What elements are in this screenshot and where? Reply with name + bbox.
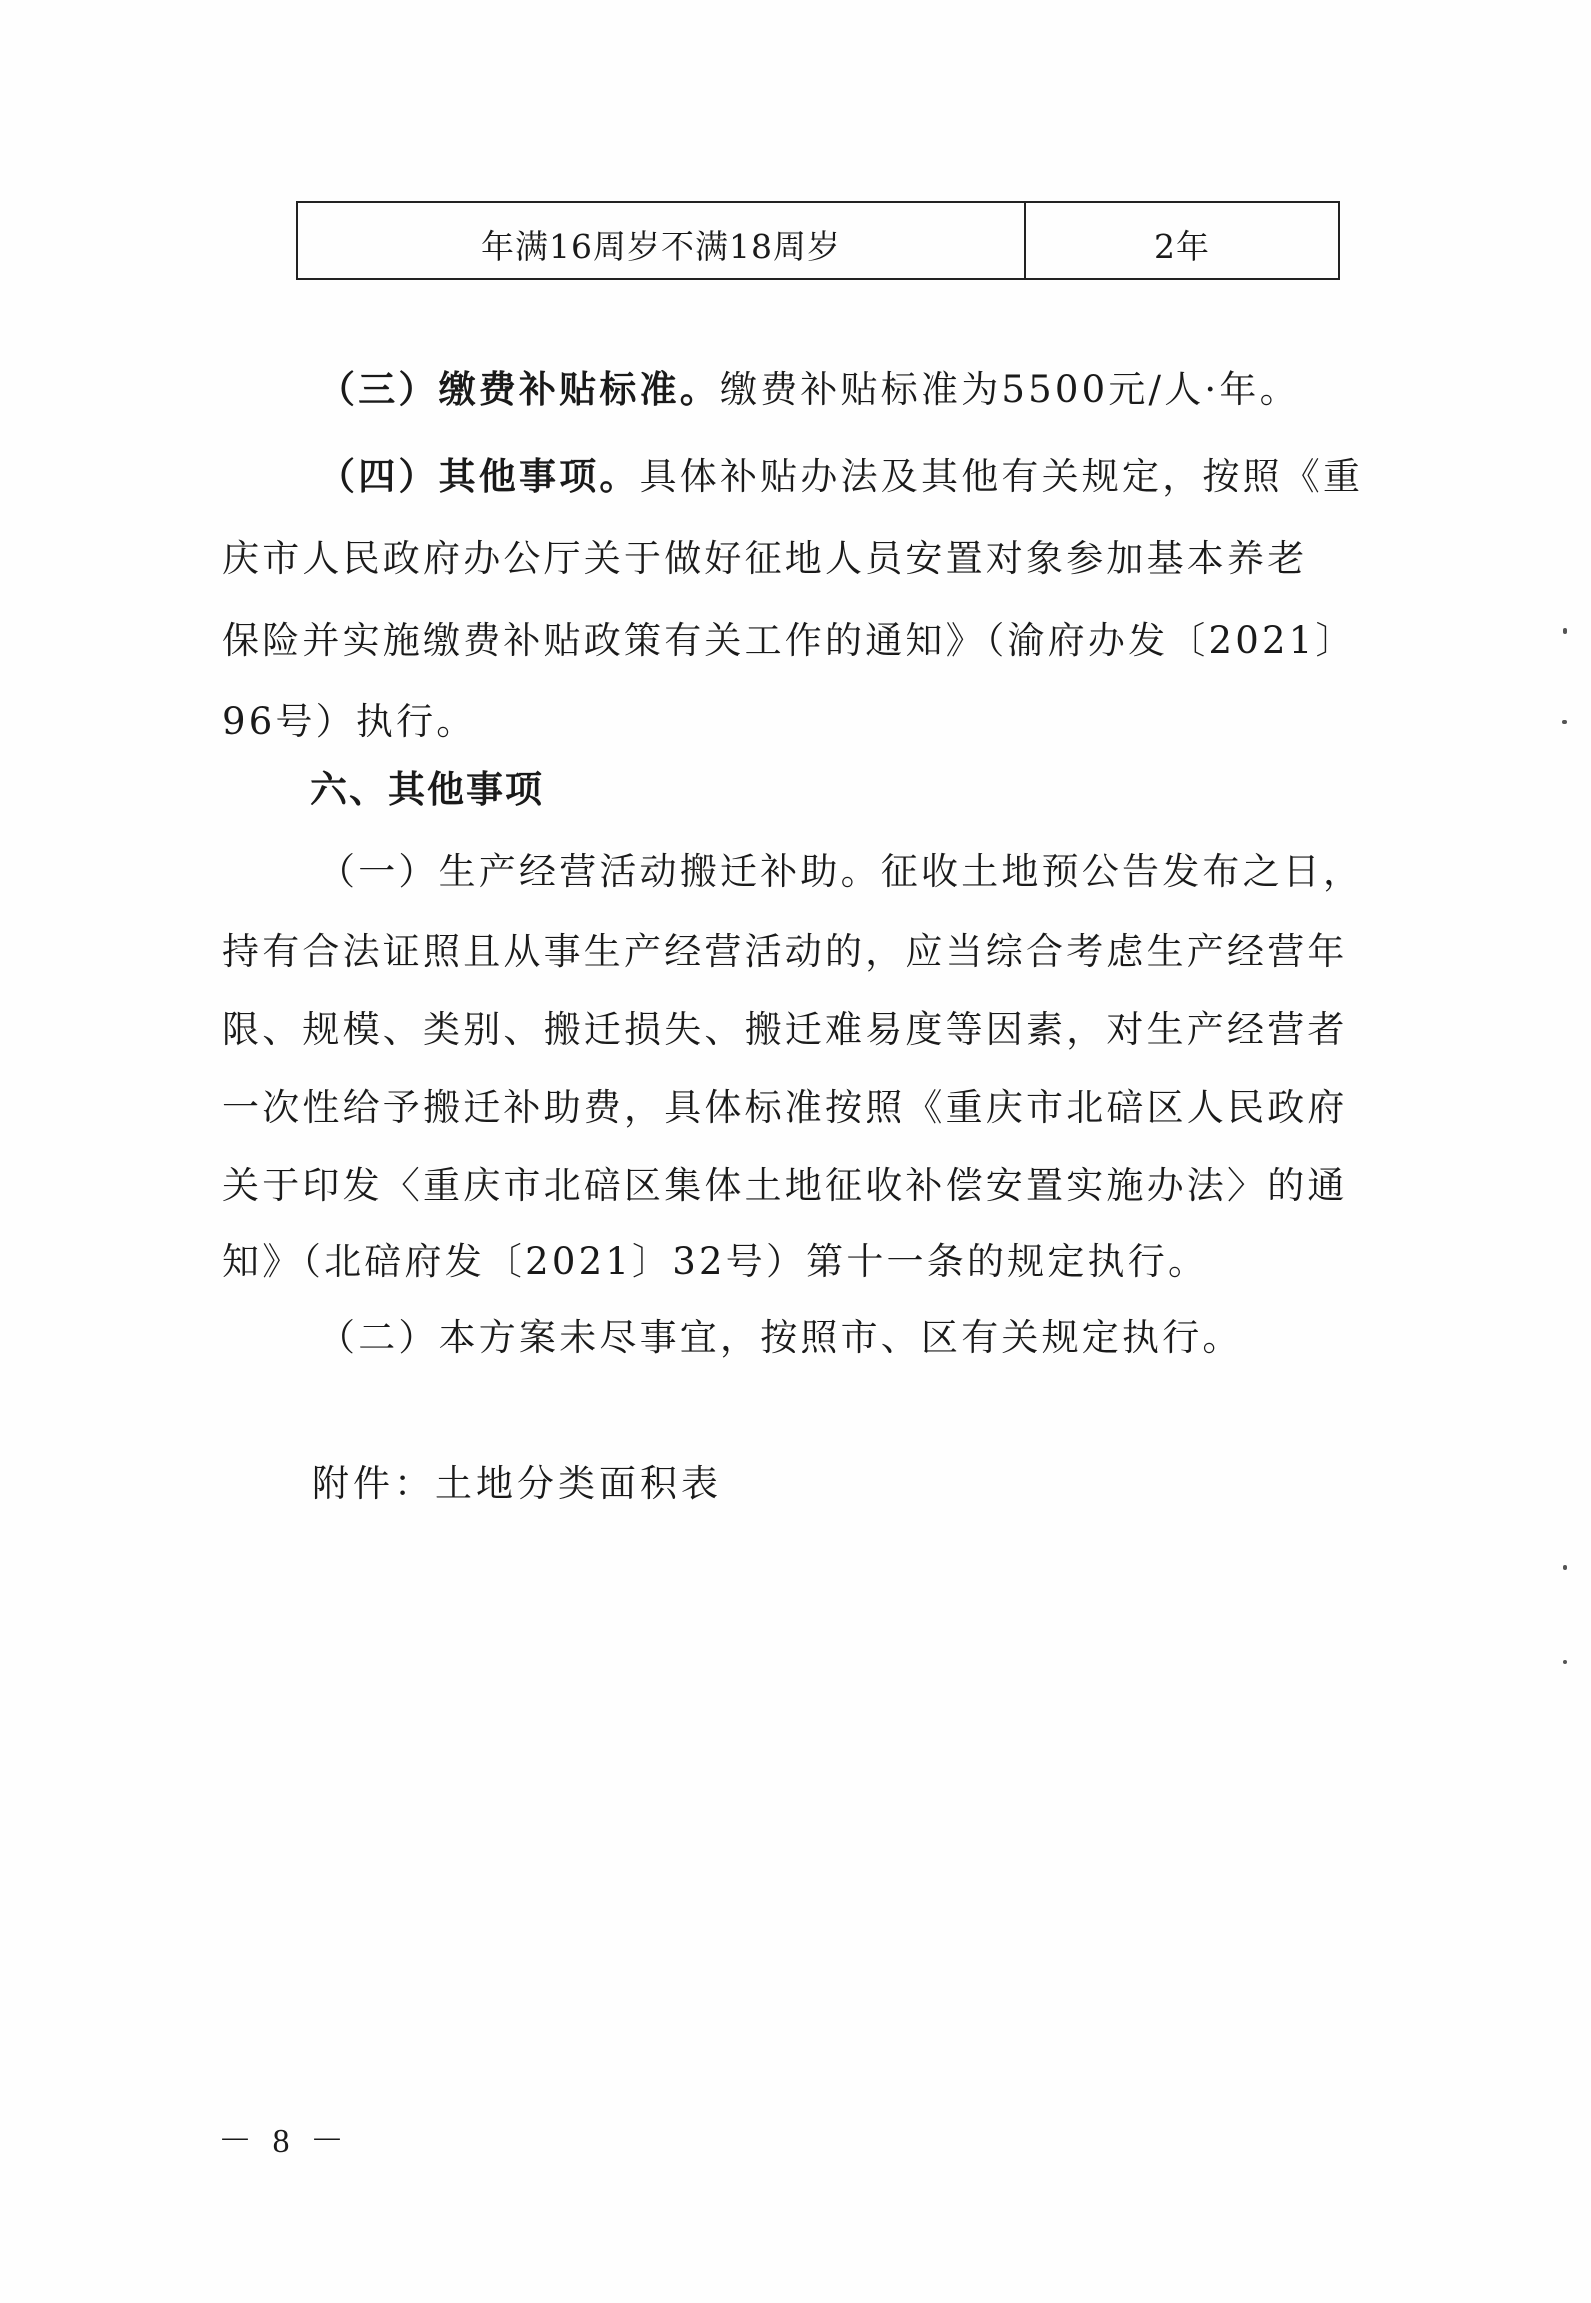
scan-speck xyxy=(1563,1565,1567,1570)
paragraph-other-matters-line-2: 庆市人民政府办公厅关于做好征地人员安置对象参加基本养老 xyxy=(222,537,1427,581)
scan-speck xyxy=(1563,1660,1567,1664)
document-page: 年满16周岁不满18周岁 2年 （三）缴费补贴标准。缴费补贴标准为5500元/人… xyxy=(0,0,1591,2303)
item1-line-2: 持有合法证照且从事生产经营活动的，应当综合考虑生产经营年 xyxy=(222,930,1427,974)
item1-line-4: 一次性给予搬迁补助费，具体标准按照《重庆市北碚区人民政府 xyxy=(222,1086,1427,1130)
attachment-note: 附件：土地分类面积表 xyxy=(312,1462,722,1506)
paragraph-other-matters-line-3: 保险并实施缴费补贴政策有关工作的通知》（渝府办发〔2021〕 xyxy=(222,619,1427,663)
paragraph-contribution-subsidy-standard: （三）缴费补贴标准。缴费补贴标准为5500元/人·年。 xyxy=(318,368,1523,412)
paragraph-label: （四）其他事项。 xyxy=(318,455,640,498)
paragraph-other-matters-line-1: （四）其他事项。具体补贴办法及其他有关规定，按照《重 xyxy=(318,455,1523,499)
item1-line-3: 限、规模、类别、搬迁损失、搬迁难易度等因素，对生产经营者 xyxy=(222,1008,1427,1052)
paragraph-text: 具体补贴办法及其他有关规定，按照《重 xyxy=(640,455,1364,498)
paragraph-text: 缴费补贴标准为5500元/人·年。 xyxy=(720,368,1300,411)
scan-speck xyxy=(1562,720,1567,724)
scan-speck xyxy=(1563,628,1567,634)
item1-line-1: （一）生产经营活动搬迁补助。征收土地预公告发布之日， xyxy=(318,850,1523,894)
item2-line-1: （二）本方案未尽事宜，按照市、区有关规定执行。 xyxy=(318,1316,1523,1360)
item1-line-6: 知》（北碚府发〔2021〕32号）第十一条的规定执行。 xyxy=(222,1240,1427,1284)
section-heading-other-matters: 六、其他事项 xyxy=(310,768,544,812)
age-years-table: 年满16周岁不满18周岁 2年 xyxy=(296,201,1340,280)
paragraph-other-matters-line-4: 96号）执行。 xyxy=(222,700,1427,744)
page-number: － 8 － xyxy=(218,2122,350,2162)
table-cell-years: 2年 xyxy=(1026,203,1338,278)
paragraph-label: （三）缴费补贴标准。 xyxy=(318,368,720,411)
item1-line-5: 关于印发〈重庆市北碚区集体土地征收补偿安置实施办法〉的通 xyxy=(222,1164,1427,1208)
table-cell-age-range: 年满16周岁不满18周岁 xyxy=(298,203,1026,278)
